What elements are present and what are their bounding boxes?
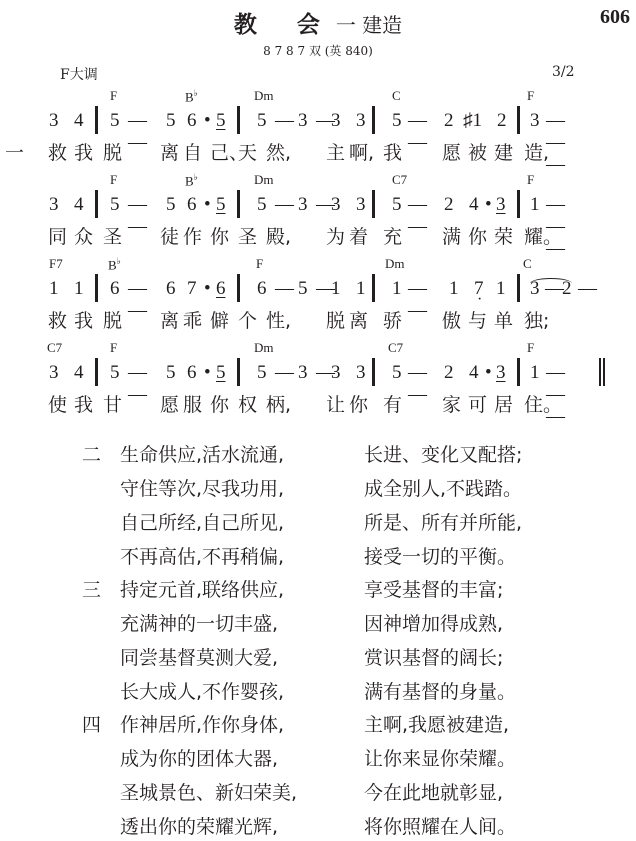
note: 5: [392, 194, 402, 216]
bar-line: [372, 106, 375, 134]
lyric-syllable: 离: [160, 306, 179, 333]
lyric-syllable: 愿: [442, 138, 461, 165]
chord-symbol: C7: [47, 340, 62, 356]
lyric-syllable: 离: [349, 306, 368, 333]
note: 1: [496, 278, 506, 300]
note: 3: [530, 110, 540, 132]
note: 6: [187, 194, 197, 216]
note: •: [485, 194, 492, 216]
lyric-syllable: 救: [48, 306, 67, 333]
note: 1: [356, 278, 366, 300]
chord-symbol: C7: [392, 172, 407, 188]
note: 1: [392, 278, 402, 300]
note: •: [204, 362, 211, 384]
lyric-syllable: 荣: [494, 222, 513, 249]
lyric-syllable: 有: [383, 390, 402, 417]
verse-line-left: 成为你的团体大器,: [120, 742, 278, 776]
chord-symbol: F: [110, 88, 117, 104]
note: 5: [166, 194, 176, 216]
lyric-syllable: 柄,: [266, 390, 291, 417]
note: 6: [187, 362, 197, 384]
lyric-syllable: 啊,: [349, 138, 374, 165]
verse-line-left: 充满神的一切丰盛,: [120, 607, 278, 641]
note: — —: [408, 194, 427, 238]
lyric-syllable: 圣: [238, 222, 257, 249]
lyric-syllable: 性,: [266, 306, 291, 333]
note: 5: [392, 110, 402, 132]
verse-line-right: 将你照耀在人间。: [364, 810, 516, 841]
note: 3: [331, 110, 341, 132]
lyric-syllable: 众: [74, 222, 93, 249]
note: 2: [444, 110, 454, 132]
note: — —: [128, 278, 147, 322]
lyric-syllable: 天: [238, 138, 257, 165]
note: •: [485, 362, 492, 384]
note: 1: [449, 278, 459, 300]
note: 5: [166, 110, 176, 132]
lyric-syllable: 愿: [160, 390, 179, 417]
note: 5: [392, 362, 402, 384]
note: 7: [474, 278, 484, 299]
lyric-syllable: 建: [494, 138, 513, 165]
chord-symbol: B♭: [185, 172, 198, 189]
note: 4: [469, 362, 479, 384]
lyric-syllable: 自: [183, 138, 202, 165]
verse-number: 四: [82, 708, 101, 742]
note: 3: [49, 194, 59, 216]
lyric-syllable: 个: [238, 306, 257, 333]
chord-symbol: C: [523, 256, 532, 272]
chord-symbol: Dm: [254, 172, 274, 188]
note: 5: [110, 194, 120, 216]
lyric-syllable: 一: [5, 138, 24, 165]
notes-line: 116— —67•66—5—111— —1713—2—: [0, 278, 10, 302]
lyric-syllable: 僻: [210, 306, 229, 333]
note: 4: [469, 194, 479, 216]
bar-line: [95, 274, 98, 302]
note: 7: [187, 278, 197, 300]
lyric-syllable: 满: [442, 222, 461, 249]
verse-line-right: 所是、所有并所能,: [364, 506, 522, 540]
chord-symbol: F7: [49, 256, 63, 272]
note: 2: [444, 362, 454, 384]
bar-line: [517, 106, 520, 134]
note: 5: [257, 362, 267, 384]
note: 3: [331, 194, 341, 216]
lyric-syllable: 造,: [524, 138, 549, 165]
note: 4: [74, 362, 84, 384]
bar-line: [95, 106, 98, 134]
chord-symbol: Dm: [254, 340, 274, 356]
lyric-syllable: 着: [349, 222, 368, 249]
note: —: [578, 278, 597, 300]
note: 6: [257, 278, 267, 300]
score-row: FB♭DmC7F345— —56•55—3—335— —24•31— — —同众…: [0, 172, 636, 256]
lyric-syllable: 充: [383, 222, 402, 249]
note: 5: [257, 194, 267, 216]
note: —: [275, 278, 294, 300]
note: 5: [216, 110, 226, 132]
verse-line-left: 不再高估,不再稍偏,: [120, 540, 284, 574]
bar-line: [237, 358, 240, 386]
note: 5: [257, 110, 267, 132]
note: — —: [128, 194, 147, 238]
chord-symbol: C7: [388, 340, 403, 356]
verse-line-left: 同尝基督莫测大爱,: [120, 641, 278, 675]
note: •: [204, 194, 211, 216]
hymn-number: 606: [600, 6, 630, 29]
verse-line-right: 今在此地就彰显,: [364, 776, 503, 810]
bar-line: [517, 358, 520, 386]
note: 1: [530, 362, 540, 384]
lyric-syllable: 家: [442, 390, 461, 417]
bar-line: [237, 274, 240, 302]
verse-line-left: 持定元首,联络供应,: [120, 573, 284, 607]
bar-line: [372, 190, 375, 218]
lyric-syllable: 我: [74, 390, 93, 417]
chord-symbol: F: [527, 340, 534, 356]
chord-symbol: F: [110, 172, 117, 188]
lyric-syllable: 徒: [160, 222, 179, 249]
note: 5: [298, 278, 308, 300]
note: 1: [49, 278, 59, 300]
score-row: C7FDmC7F345— —56•55—3—335— —24•31— — —使我…: [0, 340, 636, 424]
lyric-syllable: 主: [326, 138, 345, 165]
lyric-syllable: 同: [48, 222, 67, 249]
note: 3: [356, 194, 366, 216]
verse-line-left: 透出你的荣耀光辉,: [120, 810, 278, 841]
verse-line-right: 因神增加得成熟,: [364, 607, 503, 641]
note: — —: [128, 362, 147, 406]
lyric-syllable: 我: [74, 138, 93, 165]
lyric-syllable: 骄: [383, 306, 402, 333]
note: 5: [216, 194, 226, 216]
note: 3: [331, 362, 341, 384]
lyric-syllable: 脱: [326, 306, 345, 333]
title-subtitle: 一 建造: [336, 13, 402, 37]
lyric-syllable: 住。: [524, 390, 562, 417]
note: 3: [49, 110, 59, 132]
bar-line: [95, 190, 98, 218]
key-signature: F大调: [60, 64, 98, 84]
chord-symbol: B♭: [185, 88, 198, 105]
chord-symbol: B♭: [108, 256, 121, 273]
time-signature: 3/2: [552, 64, 575, 80]
verse-line-right: 接受一切的平衡。: [364, 540, 516, 574]
note: 5: [166, 362, 176, 384]
lyric-syllable: 耀。: [524, 222, 562, 249]
chord-symbol: F: [110, 340, 117, 356]
note: 3: [356, 110, 366, 132]
lyric-syllable: 独;: [524, 306, 549, 333]
title-main: 教 会: [234, 12, 336, 38]
tie-arc: [530, 278, 572, 289]
note: 3: [496, 194, 506, 216]
lyric-syllable: 救: [48, 138, 67, 165]
lyric-syllable: 服: [183, 390, 202, 417]
note: 3: [49, 362, 59, 384]
verse-line-left: 长大成人,不作婴孩,: [120, 675, 284, 709]
lyric-syllable: 乖: [183, 306, 202, 333]
note: 5: [110, 110, 120, 132]
note: — —: [408, 278, 427, 322]
note: 2: [497, 110, 507, 132]
verse-number: 二: [82, 438, 101, 472]
lyric-syllable: 可: [468, 390, 487, 417]
bar-line: [517, 274, 520, 302]
bar-line: [95, 358, 98, 386]
lyric-syllable: 与: [468, 306, 487, 333]
lyric-syllable: 你: [210, 222, 229, 249]
lyric-syllable: 单: [494, 306, 513, 333]
bar-line: [237, 106, 240, 134]
lyric-syllable: 让: [326, 390, 345, 417]
lyric-syllable: 离: [160, 138, 179, 165]
chord-symbol: C: [392, 88, 401, 104]
lyric-syllable: 你: [210, 390, 229, 417]
bar-line: [372, 274, 375, 302]
note: 1: [331, 278, 341, 300]
lyric-syllable: 傲: [442, 306, 461, 333]
note: 3: [356, 362, 366, 384]
lyric-syllable: 作: [183, 222, 202, 249]
lyric-syllable: 使: [48, 390, 67, 417]
lyric-syllable: 然,: [266, 138, 291, 165]
note: 4: [74, 110, 84, 132]
bar-line: [372, 358, 375, 386]
note: 1: [530, 194, 540, 216]
note: 1: [74, 278, 84, 300]
lyric-syllable: 脱: [103, 138, 122, 165]
note: 5: [216, 362, 226, 384]
note: 6: [216, 278, 226, 300]
lyric-syllable: 我: [74, 306, 93, 333]
note: — —: [408, 110, 427, 154]
chord-symbol: Dm: [254, 88, 274, 104]
score-row: F7B♭FDmC116— —67•66—5—111— —1713—2—救我脱离乖…: [0, 256, 636, 340]
chord-symbol: F: [527, 88, 534, 104]
verse-line-right: 长进、变化又配搭;: [364, 438, 522, 472]
verse-line-right: 赏识基督的阔长;: [364, 641, 503, 675]
lyric-syllable: 居: [494, 390, 513, 417]
lyric-syllable: 权: [238, 390, 257, 417]
note: ♯1: [463, 110, 482, 132]
lyric-syllable: 圣: [103, 222, 122, 249]
note: — —: [408, 362, 427, 406]
lyric-syllable: 殿,: [266, 222, 291, 249]
note: 2: [444, 194, 454, 216]
note: 4: [74, 194, 84, 216]
bar-line: [237, 190, 240, 218]
note: •: [204, 278, 211, 300]
meter-line: 8 7 8 7 双 (英 840): [0, 42, 636, 59]
verse-line-left: 圣城景色、新妇荣美,: [120, 776, 297, 810]
verse-line-left: 生命供应,活水流通,: [120, 438, 284, 472]
lyric-syllable: 甘: [103, 390, 122, 417]
bar-line: [517, 190, 520, 218]
chord-symbol: F: [256, 256, 263, 272]
final-double-bar: [599, 358, 605, 386]
note: 6: [166, 278, 176, 300]
note: 3: [298, 194, 308, 216]
note: 6: [187, 110, 197, 132]
verse-line-right: 享受基督的丰富;: [364, 573, 503, 607]
note: —: [275, 362, 294, 384]
lyric-syllable: 脱: [103, 306, 122, 333]
note: 3: [298, 362, 308, 384]
note: —: [275, 110, 294, 132]
note: 3: [496, 362, 506, 384]
verse-line-right: 满有基督的身量。: [364, 675, 516, 709]
verse-line-right: 成全别人,不践踏。: [364, 472, 522, 506]
lyric-syllable: 我: [383, 138, 402, 165]
verse-line-right: 主啊,我愿被建造,: [364, 708, 509, 742]
lyric-syllable: 为: [326, 222, 345, 249]
note: — —: [128, 110, 147, 154]
hymn-title: 教 会一 建造: [0, 6, 636, 39]
verse-line-left: 守住等次,尽我功用,: [120, 472, 284, 506]
lyric-syllable: 被: [468, 138, 487, 165]
note: 6: [110, 278, 120, 300]
verse-number: 三: [82, 573, 101, 607]
note: 5: [110, 362, 120, 384]
verse-line-right: 让你来显你荣耀。: [364, 742, 516, 776]
verse-line-left: 作神居所,作你身体,: [120, 708, 284, 742]
lyric-syllable: 你: [349, 390, 368, 417]
chord-symbol: Dm: [385, 256, 405, 272]
note: —: [275, 194, 294, 216]
score-row: FB♭DmCF345— —56•55—3—335— —2♯123— — —一救我…: [0, 88, 636, 172]
note: 3: [298, 110, 308, 132]
verse-line-left: 自己所经,自己所见,: [120, 506, 284, 540]
chord-symbol: F: [527, 172, 534, 188]
note: •: [204, 110, 211, 132]
lyric-syllable: 你: [468, 222, 487, 249]
